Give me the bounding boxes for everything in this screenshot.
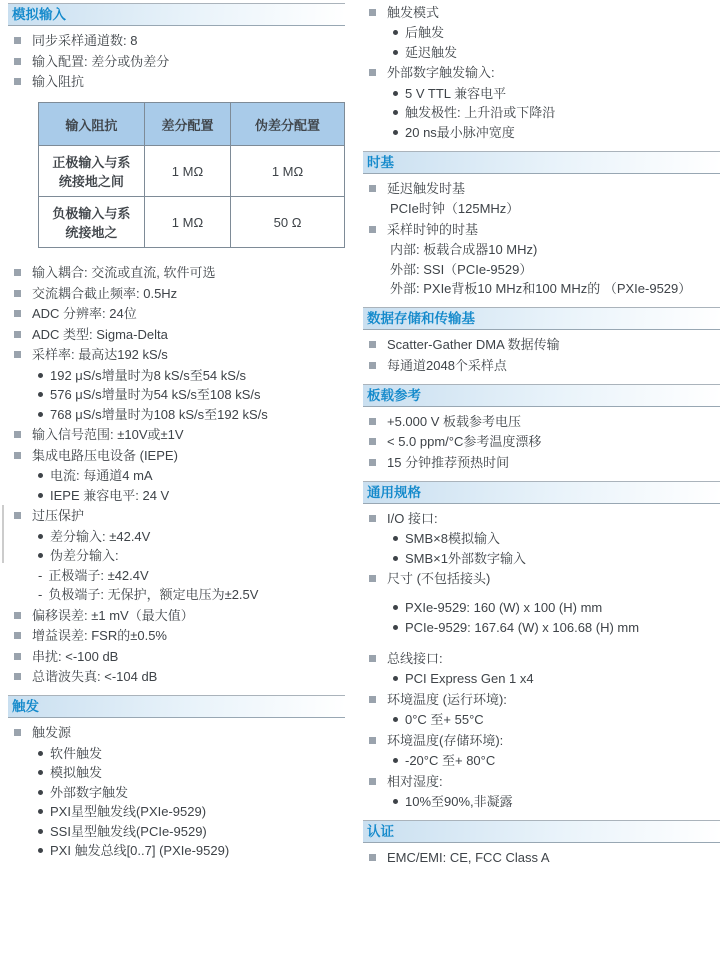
bullet-square-icon — [14, 729, 21, 736]
table-header-cell: 输入阻抗 — [39, 103, 145, 146]
spec-text: PCI Express Gen 1 x4 — [405, 670, 534, 687]
bullet-dot-icon — [393, 625, 398, 630]
spec-column-left: 模拟输入同步采样通道数: 8输入配置: 差分或伪差分输入阻抗输入阻抗差分配置伪差… — [8, 0, 345, 862]
bullet-dot-icon — [393, 605, 398, 610]
spec-item: 延迟触发时基 — [369, 180, 720, 197]
bullet-square-icon — [369, 854, 376, 861]
spec-item: 交流耦合截止频率: 0.5Hz — [14, 285, 345, 302]
bullet-dot-icon — [393, 676, 398, 681]
spec-text: 外部数字触发 — [50, 784, 128, 801]
spec-item: 后触发 — [393, 24, 720, 41]
bullet-square-icon — [14, 78, 21, 85]
spec-item: 环境温度 (运行环境): — [369, 691, 720, 708]
bullet-square-icon — [369, 655, 376, 662]
section-header: 时基 — [363, 151, 720, 174]
spec-item: 相对湿度: — [369, 773, 720, 790]
bullet-square-icon — [14, 612, 21, 619]
spec-item: 外部数字触发输入: — [369, 64, 720, 81]
spec-item: 输入信号范围: ±10V或±1V — [14, 426, 345, 443]
spec-item: EMC/EMI: CE, FCC Class A — [369, 849, 720, 866]
spec-item: PXIe-9529: 160 (W) x 100 (H) mm — [393, 599, 720, 616]
spec-text: 10%至90%,非凝露 — [405, 793, 513, 810]
spec-text: PXI星型触发线(PXIe-9529) — [50, 803, 206, 820]
spec-text: 输入配置: 差分或伪差分 — [32, 53, 169, 70]
spec-item: 内部: 板载合成器10 MHz) — [390, 241, 720, 258]
spec-text: 伪差分输入: — [50, 547, 119, 564]
table-cell: 负极输入与系 统接地之 — [39, 197, 145, 248]
bullet-dot-icon — [393, 556, 398, 561]
spec-item: 输入耦合: 交流或直流, 软件可选 — [14, 264, 345, 281]
spec-text: 差分输入: ±42.4V — [50, 528, 150, 545]
bullet-square-icon — [14, 37, 21, 44]
spec-text: 5 V TTL 兼容电平 — [405, 85, 506, 102]
spec-text: 0°C 至+ 55°C — [405, 711, 484, 728]
spec-item: 软件触发 — [38, 745, 345, 762]
bullet-dot-icon — [38, 790, 43, 795]
bullet-dot-icon — [38, 392, 43, 397]
bullet-square-icon — [14, 310, 21, 317]
bullet-square-icon — [14, 269, 21, 276]
bullet-square-icon — [14, 431, 21, 438]
bullet-square-icon — [369, 341, 376, 348]
table-cell: 正极输入与系 统接地之间 — [39, 146, 145, 197]
bullet-square-icon — [14, 331, 21, 338]
spec-text: 768 μS/s增量时为108 kS/s至192 kS/s — [50, 406, 268, 423]
spec-item: 576 μS/s增量时为54 kS/s至108 kS/s — [38, 386, 345, 403]
bullet-square-icon — [369, 778, 376, 785]
spec-text: 外部: SSI（PCIe-9529） — [390, 261, 532, 278]
spec-item: -正极端子: ±42.4V — [38, 567, 345, 584]
bullet-square-icon — [14, 452, 21, 459]
spec-text: 相对湿度: — [387, 773, 443, 790]
spec-text: SMB×1外部数字输入 — [405, 550, 526, 567]
spec-text: SSI星型触发线(PCIe-9529) — [50, 823, 207, 840]
spec-item: ADC 分辨率: 24位 — [14, 305, 345, 322]
spec-item: 总谐波失真: <-104 dB — [14, 668, 345, 685]
bullet-square-icon — [14, 58, 21, 65]
spec-text: 偏移误差: ±1 mV（最大值） — [32, 607, 194, 624]
spec-item: 增益误差: FSR的±0.5% — [14, 627, 345, 644]
section-header: 认证 — [363, 820, 720, 843]
spec-item: 10%至90%,非凝露 — [393, 793, 720, 810]
spec-text: 后触发 — [405, 24, 444, 41]
bullet-square-icon — [369, 575, 376, 582]
spec-item: I/O 接口: — [369, 510, 720, 527]
spec-text: PCIe时钟（125MHz） — [390, 200, 519, 217]
bullet-dot-icon — [38, 373, 43, 378]
bullet-dot-icon — [393, 536, 398, 541]
bullet-square-icon — [369, 185, 376, 192]
bullet-dot-icon — [38, 848, 43, 853]
bullet-square-icon — [369, 226, 376, 233]
spec-text: 576 μS/s增量时为54 kS/s至108 kS/s — [50, 386, 261, 403]
spec-item: PCIe时钟（125MHz） — [390, 200, 720, 217]
dash-icon: - — [38, 586, 42, 603]
spec-item: Scatter-Gather DMA 数据传输 — [369, 336, 720, 353]
table-header-cell: 差分配置 — [144, 103, 230, 146]
section-header: 通用规格 — [363, 481, 720, 504]
table-cell: 1 MΩ — [144, 146, 230, 197]
spec-text: 20 ns最小脉冲宽度 — [405, 124, 515, 141]
spec-text: 外部数字触发输入: — [387, 64, 495, 81]
spec-text: 尺寸 (不包括接头) — [387, 570, 490, 587]
spec-text: 每通道2048个采样点 — [387, 357, 507, 374]
spec-item: 集成电路压电设备 (IEPE) — [14, 447, 345, 464]
table-cell: 1 MΩ — [144, 197, 230, 248]
spec-text: 总线接口: — [387, 650, 443, 667]
bullet-square-icon — [14, 653, 21, 660]
section-header: 触发 — [8, 695, 345, 718]
spec-text: +5.000 V 板载参考电压 — [387, 413, 521, 430]
bullet-square-icon — [369, 459, 376, 466]
bullet-dot-icon — [393, 91, 398, 96]
bullet-square-icon — [14, 351, 21, 358]
spec-text: PXI 触发总线[0..7] (PXIe-9529) — [50, 842, 229, 859]
spec-item: SMB×8模拟输入 — [393, 530, 720, 547]
bullet-dot-icon — [38, 809, 43, 814]
spec-item: 尺寸 (不包括接头) — [369, 570, 720, 587]
bullet-square-icon — [369, 515, 376, 522]
spec-item: PCI Express Gen 1 x4 — [393, 670, 720, 687]
spec-item: 外部: PXIe背板10 MHz和100 MHz的 （PXIe-9529） — [390, 280, 720, 297]
section-header: 板载参考 — [363, 384, 720, 407]
spec-text: 环境温度(存储环境): — [387, 732, 503, 749]
page-edge-artifact-line — [2, 505, 4, 563]
spec-text: 触发模式 — [387, 4, 439, 21]
spec-item: -20°C 至+ 80°C — [393, 752, 720, 769]
bullet-square-icon — [14, 290, 21, 297]
spec-item: < 5.0 ppm/°C参考温度漂移 — [369, 433, 720, 450]
spec-text: 电流: 每通道4 mA — [50, 467, 153, 484]
spec-text: 交流耦合截止频率: 0.5Hz — [32, 285, 177, 302]
spec-text: < 5.0 ppm/°C参考温度漂移 — [387, 433, 541, 450]
spec-text: 过压保护 — [32, 507, 84, 524]
spec-text: PXIe-9529: 160 (W) x 100 (H) mm — [405, 599, 602, 616]
spec-item: 伪差分输入: — [38, 547, 345, 564]
spec-text: 输入信号范围: ±10V或±1V — [32, 426, 184, 443]
bullet-square-icon — [369, 696, 376, 703]
spec-item: 采样时钟的时基 — [369, 221, 720, 238]
bullet-dot-icon — [393, 717, 398, 722]
spec-item: 外部: SSI（PCIe-9529） — [390, 261, 720, 278]
bullet-dot-icon — [38, 534, 43, 539]
table-cell: 1 MΩ — [231, 146, 345, 197]
spec-item: 过压保护 — [14, 507, 345, 524]
spacer — [363, 591, 720, 597]
spec-text: 输入阻抗 — [32, 73, 84, 90]
spec-text: 采样时钟的时基 — [387, 221, 478, 238]
spec-item: PXI 触发总线[0..7] (PXIe-9529) — [38, 842, 345, 859]
spec-item: 串扰: <-100 dB — [14, 648, 345, 665]
bullet-dot-icon — [38, 829, 43, 834]
spec-item: 触发模式 — [369, 4, 720, 21]
spec-text: 触发源 — [32, 724, 71, 741]
bullet-dot-icon — [38, 493, 43, 498]
spec-item: -负极端子: 无保护，额定电压为±2.5V — [38, 586, 345, 603]
bullet-square-icon — [14, 512, 21, 519]
section-header: 模拟输入 — [8, 3, 345, 26]
spec-item: SSI星型触发线(PCIe-9529) — [38, 823, 345, 840]
spec-item: ADC 类型: Sigma-Delta — [14, 326, 345, 343]
spec-text: 模拟触发 — [50, 764, 102, 781]
bullet-square-icon — [369, 9, 376, 16]
table-row: 正极输入与系 统接地之间1 MΩ1 MΩ — [39, 146, 345, 197]
spec-item: IEPE 兼容电平: 24 V — [38, 487, 345, 504]
bullet-square-icon — [369, 69, 376, 76]
bullet-square-icon — [369, 362, 376, 369]
spacer — [363, 638, 720, 646]
spec-text: 输入耦合: 交流或直流, 软件可选 — [32, 264, 215, 281]
spec-text: 触发极性: 上升沿或下降沿 — [405, 104, 555, 121]
bullet-dot-icon — [38, 473, 43, 478]
spec-text: 192 μS/s增量时为8 kS/s至54 kS/s — [50, 367, 246, 384]
spec-item: 模拟触发 — [38, 764, 345, 781]
spec-text: 环境温度 (运行环境): — [387, 691, 507, 708]
spec-text: 串扰: <-100 dB — [32, 648, 118, 665]
bullet-dot-icon — [38, 553, 43, 558]
spec-text: 总谐波失真: <-104 dB — [32, 668, 157, 685]
spec-item: 外部数字触发 — [38, 784, 345, 801]
spec-item: 差分输入: ±42.4V — [38, 528, 345, 545]
spec-text: ADC 分辨率: 24位 — [32, 305, 137, 322]
spec-text: EMC/EMI: CE, FCC Class A — [387, 849, 550, 866]
spec-item: PXI星型触发线(PXIe-9529) — [38, 803, 345, 820]
bullet-square-icon — [14, 632, 21, 639]
spec-item: 5 V TTL 兼容电平 — [393, 85, 720, 102]
bullet-dot-icon — [38, 770, 43, 775]
bullet-dot-icon — [38, 412, 43, 417]
spec-text: 内部: 板载合成器10 MHz) — [390, 241, 537, 258]
spec-item: 192 μS/s增量时为8 kS/s至54 kS/s — [38, 367, 345, 384]
spec-text: 15 分钟推荐预热时间 — [387, 454, 509, 471]
table-cell: 50 Ω — [231, 197, 345, 248]
table-row: 负极输入与系 统接地之1 MΩ50 Ω — [39, 197, 345, 248]
spec-item: 延迟触发 — [393, 44, 720, 61]
spec-text: 同步采样通道数: 8 — [32, 32, 137, 49]
spec-item: 触发极性: 上升沿或下降沿 — [393, 104, 720, 121]
spec-text: SMB×8模拟输入 — [405, 530, 500, 547]
spec-text: 采样率: 最高达192 kS/s — [32, 346, 168, 363]
bullet-dot-icon — [393, 130, 398, 135]
spec-text: ADC 类型: Sigma-Delta — [32, 326, 168, 343]
spec-column-right: 触发模式后触发延迟触发外部数字触发输入:5 V TTL 兼容电平触发极性: 上升… — [363, 0, 720, 870]
spec-text: PCIe-9529: 167.64 (W) x 106.68 (H) mm — [405, 619, 639, 636]
dash-icon: - — [38, 567, 42, 584]
spec-text: 延迟触发时基 — [387, 180, 465, 197]
spec-text: 延迟触发 — [405, 44, 457, 61]
spec-text: 增益误差: FSR的±0.5% — [32, 627, 167, 644]
bullet-square-icon — [369, 737, 376, 744]
spec-item: 采样率: 最高达192 kS/s — [14, 346, 345, 363]
spec-text: -20°C 至+ 80°C — [405, 752, 495, 769]
spec-text: 集成电路压电设备 (IEPE) — [32, 447, 178, 464]
spec-sheet-page: 模拟输入同步采样通道数: 8输入配置: 差分或伪差分输入阻抗输入阻抗差分配置伪差… — [0, 0, 726, 967]
spec-text: 外部: PXIe背板10 MHz和100 MHz的 （PXIe-9529） — [390, 280, 691, 297]
bullet-dot-icon — [393, 758, 398, 763]
spec-item: 0°C 至+ 55°C — [393, 711, 720, 728]
spec-text: Scatter-Gather DMA 数据传输 — [387, 336, 560, 353]
spec-item: 偏移误差: ±1 mV（最大值） — [14, 607, 345, 624]
bullet-square-icon — [14, 673, 21, 680]
bullet-dot-icon — [393, 799, 398, 804]
bullet-dot-icon — [393, 110, 398, 115]
spec-item: 每通道2048个采样点 — [369, 357, 720, 374]
spec-item: 768 μS/s增量时为108 kS/s至192 kS/s — [38, 406, 345, 423]
spec-text: I/O 接口: — [387, 510, 438, 527]
spec-item: 20 ns最小脉冲宽度 — [393, 124, 720, 141]
bullet-square-icon — [369, 438, 376, 445]
spec-item: SMB×1外部数字输入 — [393, 550, 720, 567]
spec-item: 电流: 每通道4 mA — [38, 467, 345, 484]
spec-text: 软件触发 — [50, 745, 102, 762]
spec-item: 输入配置: 差分或伪差分 — [14, 53, 345, 70]
bullet-square-icon — [369, 418, 376, 425]
spec-item: 同步采样通道数: 8 — [14, 32, 345, 49]
input-impedance-table: 输入阻抗差分配置伪差分配置正极输入与系 统接地之间1 MΩ1 MΩ负极输入与系 … — [38, 102, 345, 248]
spec-item: +5.000 V 板载参考电压 — [369, 413, 720, 430]
section-header: 数据存储和传输基 — [363, 307, 720, 330]
spec-text: 正极端子: ±42.4V — [48, 567, 148, 584]
spec-item: 总线接口: — [369, 650, 720, 667]
spec-text: 负极端子: 无保护，额定电压为±2.5V — [48, 586, 258, 603]
bullet-dot-icon — [393, 50, 398, 55]
spec-item: 输入阻抗 — [14, 73, 345, 90]
spec-item: 环境温度(存储环境): — [369, 732, 720, 749]
spec-item: PCIe-9529: 167.64 (W) x 106.68 (H) mm — [393, 619, 720, 636]
spec-text: IEPE 兼容电平: 24 V — [50, 487, 169, 504]
bullet-dot-icon — [38, 751, 43, 756]
table-header-cell: 伪差分配置 — [231, 103, 345, 146]
spec-item: 15 分钟推荐预热时间 — [369, 454, 720, 471]
bullet-dot-icon — [393, 30, 398, 35]
spec-item: 触发源 — [14, 724, 345, 741]
